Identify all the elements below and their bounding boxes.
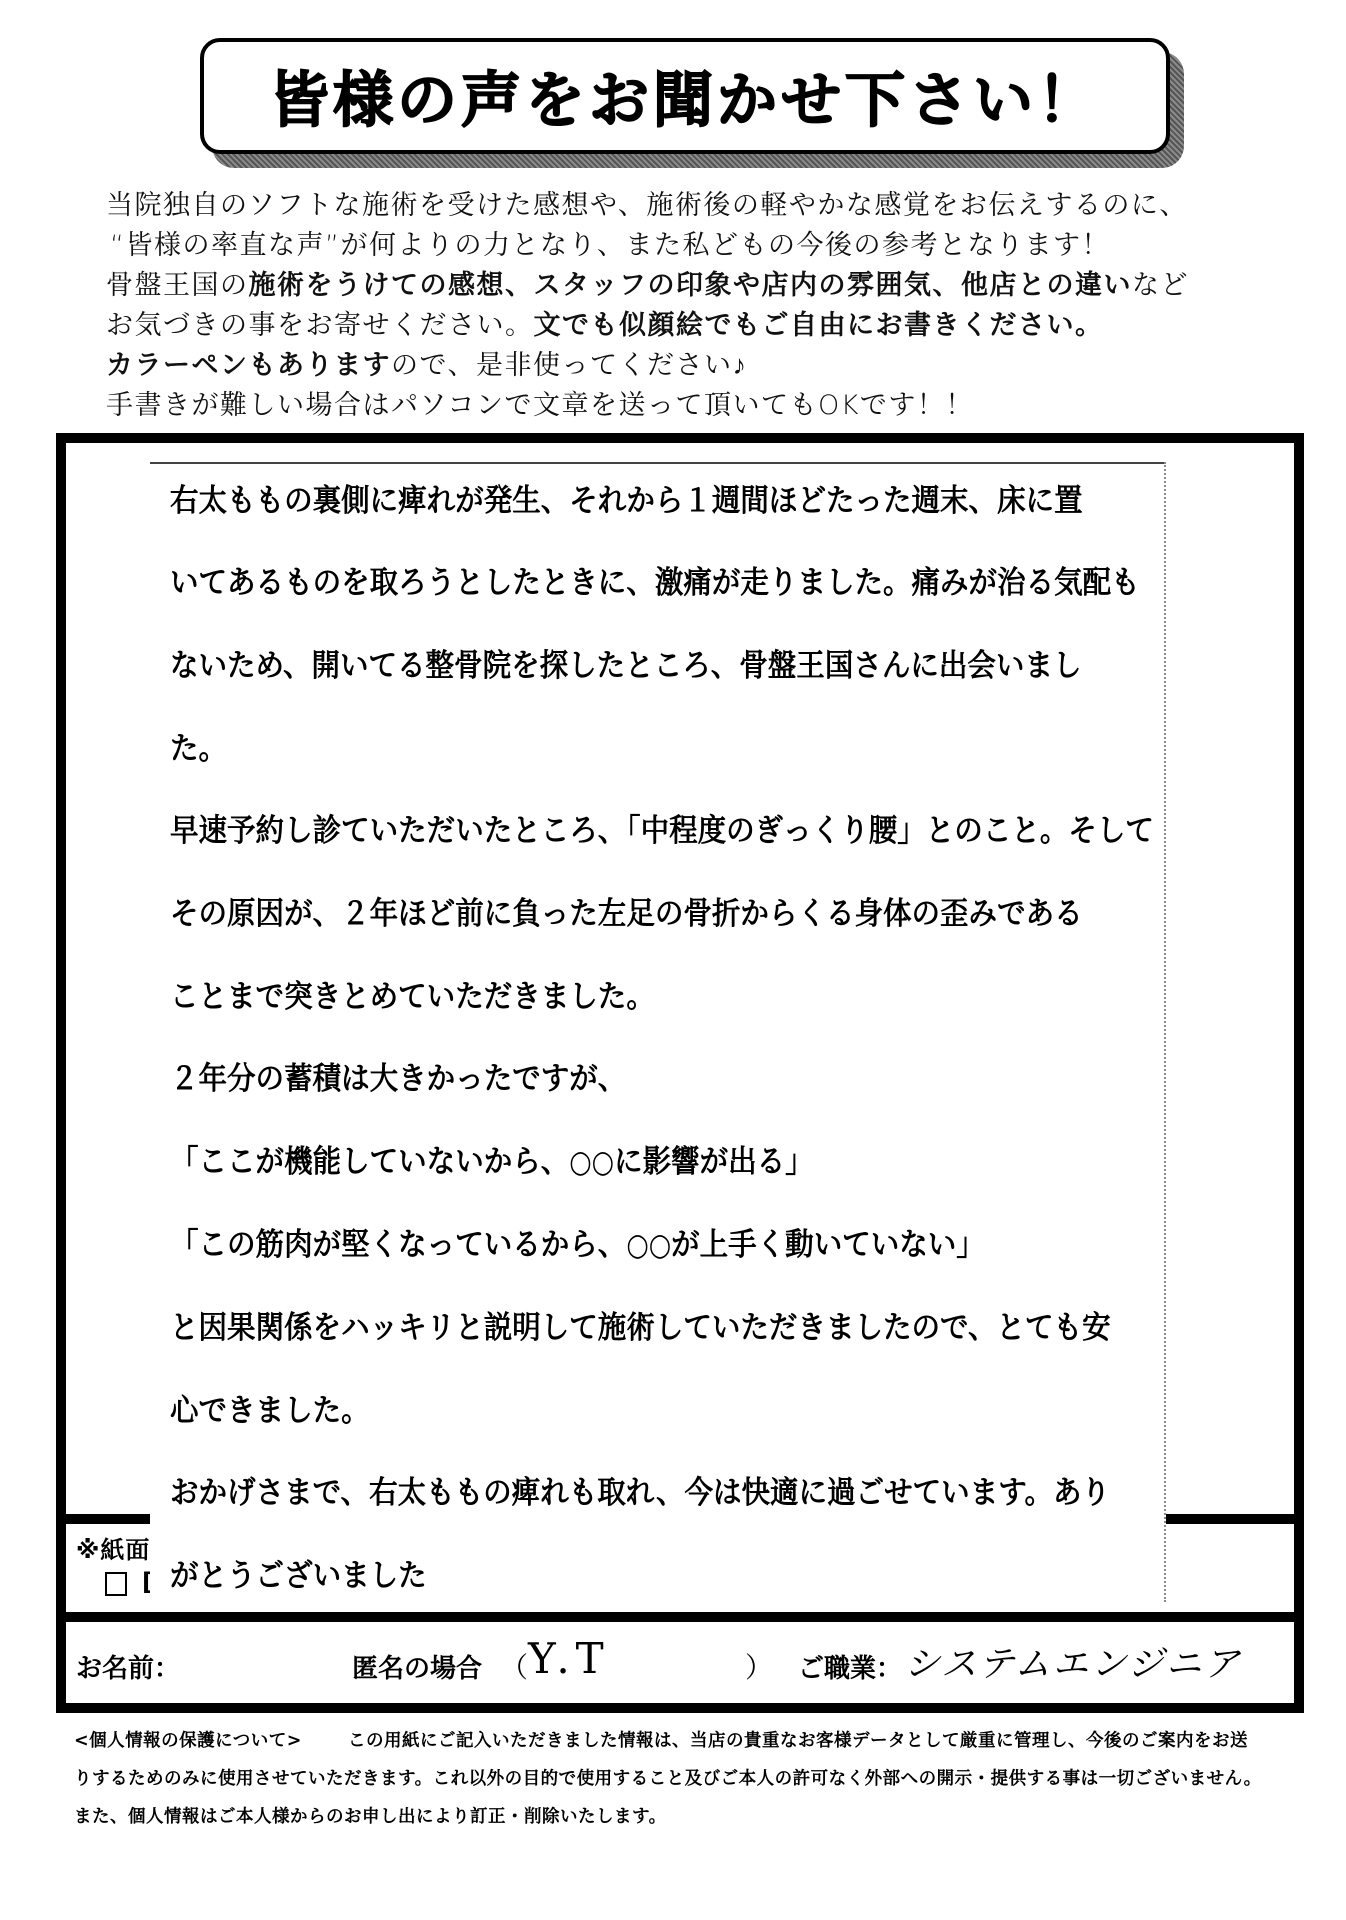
privacy-line-3: また、個人情報はご本人様からのお申し出により訂正・削除いたします。: [74, 1798, 1334, 1836]
anonymous-paren-close: ）: [745, 1646, 773, 1686]
intro-instructions: 当院独自のソフトな施術を受けた感想や、施術後の軽やかな感覚をお伝えするのに、 “…: [106, 186, 1306, 426]
notice-label: ※紙面: [76, 1530, 150, 1565]
intro-line-4-prefix: お気づきの事をお寄せください。: [106, 310, 534, 341]
privacy-heading: <個人情報の保護について>: [74, 1731, 302, 1751]
intro-line-5-suffix: ので、是非使ってください♪: [391, 350, 747, 381]
pasted-block-edge: [1164, 462, 1166, 1602]
testimonial-line: 「この筋肉が堅くなっているから、○○が上手く動いていない」: [170, 1219, 985, 1264]
intro-line-4: お気づきの事をお寄せください。文でも似顔絵でもご自由にお書きください。: [106, 306, 1306, 346]
testimonial-line: その原因が、２年ほど前に負った左足の骨折からくる身体の歪みである: [170, 888, 1083, 933]
testimonial-line: と因果関係をハッキリと説明して施術していただきましたので、とても安: [170, 1302, 1111, 1347]
privacy-line-1: <個人情報の保護について>この用紙にご記入いただきました情報は、当店の貴重なお客…: [74, 1722, 1334, 1760]
anonymous-paren-open: （: [500, 1646, 528, 1686]
testimonial-text-block: [150, 462, 1166, 1602]
testimonial-line: ことまで突きとめていただきました。: [170, 971, 655, 1016]
testimonial-line: おかげさまで、右太ももの痺れも取れ、今は快適に過ごせています。あり: [170, 1467, 1110, 1512]
intro-line-3-suffix: など: [1132, 270, 1189, 301]
form-title: 皆様の声をお聞かせ下さい！: [269, 53, 1101, 139]
occupation-field[interactable]: システムエンジニア: [904, 1636, 1242, 1687]
title-banner: 皆様の声をお聞かせ下さい！: [200, 38, 1170, 154]
testimonial-line: いてあるものを取ろうとしたときに、激痛が走りました。痛みが治る気配も: [170, 557, 1140, 602]
anonymous-name-field[interactable]: Y.T: [528, 1634, 610, 1683]
anonymous-label: 匿名の場合: [352, 1648, 482, 1685]
testimonial-line: ないため、開いてる整骨院を探したところ、骨盤王国さんに出会いまし: [170, 640, 1082, 685]
testimonial-line: 「ここが機能していないから、○○に影響が出る」: [170, 1136, 814, 1181]
testimonial-line: 早速予約し診ていただいたところ、「中程度のぎっくり腰」とのこと。そして: [170, 805, 1154, 850]
name-label: お名前：: [76, 1648, 180, 1685]
testimonial-line: た。: [170, 723, 227, 768]
testimonial-form-page: 皆様の声をお聞かせ下さい！ 当院独自のソフトな施術を受けた感想や、施術後の軽やか…: [0, 0, 1346, 1920]
intro-line-5-bold: カラーペンもあります: [106, 350, 391, 381]
testimonial-line: 右太ももの裏側に痺れが発生、それから１週間ほどたった週末、床に置: [170, 475, 1083, 520]
intro-line-1: 当院独自のソフトな施術を受けた感想や、施術後の軽やかな感覚をお伝えするのに、: [106, 186, 1306, 226]
intro-line-2: “皆様の率直な声”が何よりの力となり、また私どもの今後の参考となります！: [106, 226, 1306, 266]
intro-line-6: 手書きが難しい場合はパソコンで文章を送って頂いてもOKです！！: [106, 386, 1306, 426]
privacy-text-1: この用紙にご記入いただきました情報は、当店の貴重なお客様データとして厳重に管理し…: [348, 1731, 1248, 1751]
occupation-label: ご職業：: [798, 1648, 902, 1685]
testimonial-line: がとうございました: [170, 1550, 427, 1595]
intro-line-3-bold: 施術をうけての感想、スタッフの印象や店内の雰囲気、他店との違い: [249, 270, 1133, 301]
intro-line-3: 骨盤王国の施術をうけての感想、スタッフの印象や店内の雰囲気、他店との違いなど: [106, 266, 1306, 306]
consent-checkbox[interactable]: [105, 1572, 127, 1596]
privacy-notice: <個人情報の保護について>この用紙にご記入いただきました情報は、当店の貴重なお客…: [74, 1722, 1334, 1836]
intro-line-4-bold: 文でも似顔絵でもご自由にお書きください。: [534, 310, 1104, 341]
privacy-line-2: りするためのみに使用させていただきます。これ以外の目的で使用すること及びご本人の…: [74, 1760, 1334, 1798]
intro-line-5: カラーペンもありますので、是非使ってください♪: [106, 346, 1306, 386]
testimonial-line: ２年分の蓄積は大きかったですが、: [170, 1053, 626, 1098]
intro-line-3-prefix: 骨盤王国の: [106, 270, 249, 301]
testimonial-line: 心できました。: [170, 1385, 370, 1430]
frame-divider-name: [56, 1612, 1304, 1622]
